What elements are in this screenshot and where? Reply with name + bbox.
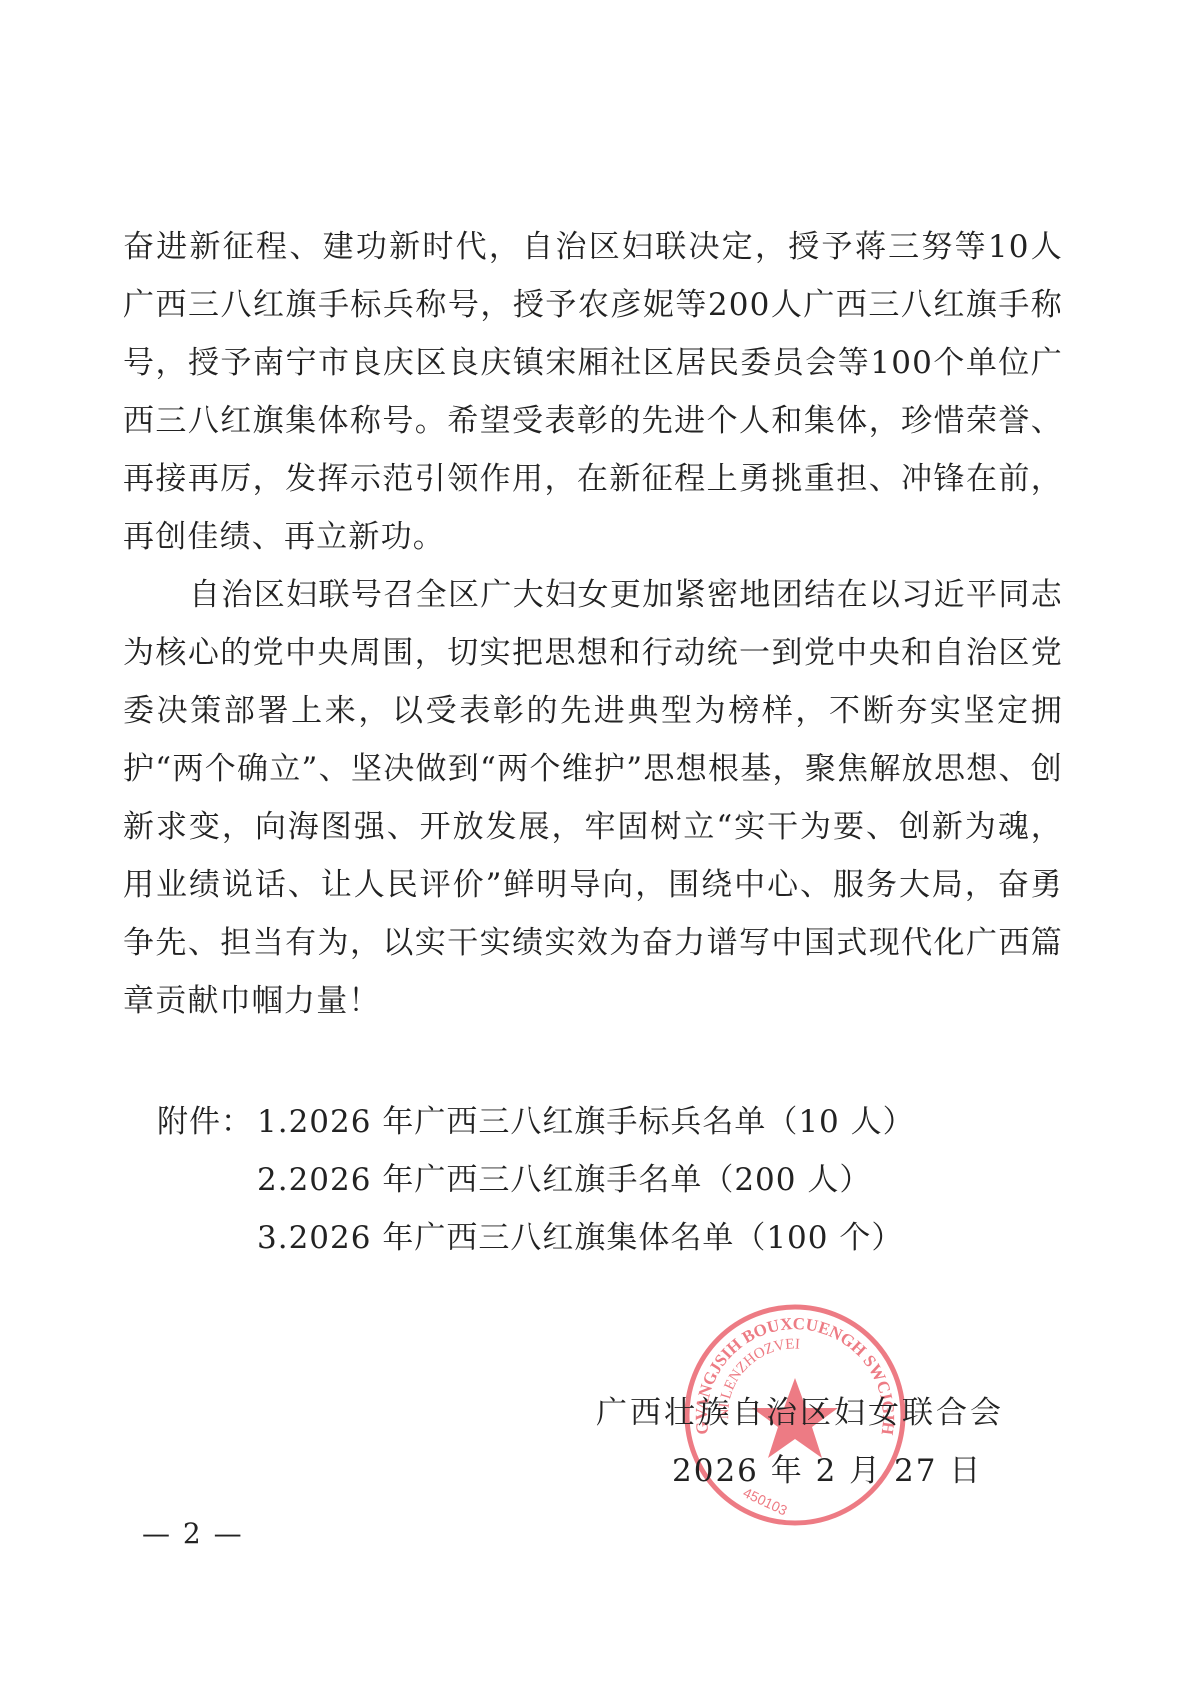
paragraph-call-to-action: 自治区妇联号召全区广大妇女更加紧密地团结在以习近平同志为核心的党中央周围，切实把… [123,566,1063,1030]
issue-date: 2026 年 2 月 27 日 [672,1442,982,1500]
document-body: 奋进新征程、建功新时代，自治区妇联决定，授予蒋三努等10人广西三八红旗手标兵称号… [123,218,1063,1030]
page-number: — 2 — [142,1516,244,1552]
attachment-text: 2.2026 年广西三八红旗手名单（200 人） [257,1151,871,1209]
document-page: 奋进新征程、建功新时代，自治区妇联决定，授予蒋三努等10人广西三八红旗手标兵称号… [0,0,1190,1683]
attachment-item: 附件： 1.2026 年广西三八红旗手标兵名单（10 人） [157,1093,915,1151]
paragraph-commendation: 奋进新征程、建功新时代，自治区妇联决定，授予蒋三努等10人广西三八红旗手标兵称号… [123,218,1063,566]
attachment-text: 3.2026 年广西三八红旗集体名单（100 个） [257,1209,903,1267]
issuer-signature: 广西壮族自治区妇女联合会 [596,1384,1004,1442]
attachment-item: 3.2026 年广西三八红旗集体名单（100 个） [157,1209,915,1267]
attachments-label: 附件： [157,1093,257,1151]
attachment-text: 1.2026 年广西三八红旗手标兵名单（10 人） [257,1093,915,1151]
attachments-list: 附件： 1.2026 年广西三八红旗手标兵名单（10 人） 2.2026 年广西… [157,1093,915,1267]
attachment-item: 2.2026 年广西三八红旗手名单（200 人） [157,1151,915,1209]
